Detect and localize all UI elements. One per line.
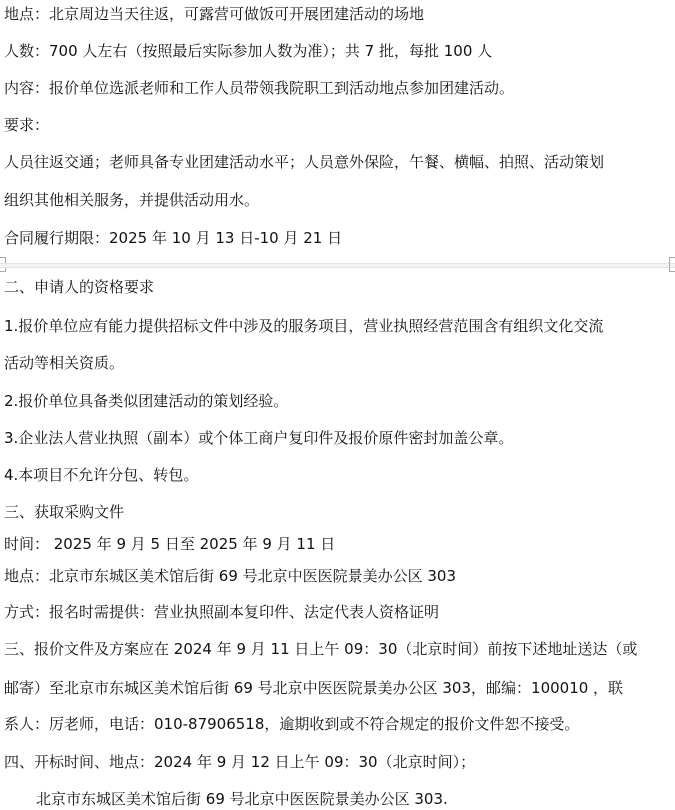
submission-line-1: 三、报价文件及方案应在 2024 年 9 月 11 日上午 09：30（北京时间… [4, 638, 637, 660]
contract-period-line: 合同履行期限：2025 年 10 月 13 日-10 月 21 日 [4, 227, 342, 249]
venue-line: 地点：北京周边当天往返，可露营可做饭可开展团建活动的场地 [4, 3, 424, 25]
procurement-time-line: 时间： 2025 年 9 月 5 日至 2025 年 9 月 11 日 [4, 533, 335, 555]
section-heading-procurement-docs: 三、获取采购文件 [4, 501, 124, 523]
document-page: 地点：北京周边当天往返，可露营可做饭可开展团建活动的场地 人数：700 人左右（… [0, 0, 675, 810]
requirements-label: 要求： [4, 114, 49, 136]
qualification-4: 4.本项目不允许分包、转包。 [4, 464, 198, 486]
submission-line-3: 系人：厉老师，电话：010-87906518，逾期收到或不符合规定的报价文件恕不… [4, 713, 579, 735]
section-heading-qualifications: 二、申请人的资格要求 [4, 276, 154, 298]
requirements-line-2: 组织其他相关服务，并提供活动用水。 [4, 189, 259, 211]
procurement-method-line: 方式：报名时需提供：营业执照副本复印件、法定代表人资格证明 [4, 601, 439, 623]
requirements-line-1: 人员往返交通；老师具备专业团建活动水平；人员意外保险，午餐、横幅、拍照、活动策划 [4, 151, 604, 173]
page-break-divider [0, 263, 675, 268]
headcount-line: 人数：700 人左右（按照最后实际参加人数为准）；共 7 批，每批 100 人 [4, 40, 492, 62]
qualification-1-line-1: 1.报价单位应有能力提供招标文件中涉及的服务项目，营业执照经营范围含有组织文化交… [4, 315, 603, 337]
bid-opening-address: 北京市东城区美术馆后街 69 号北京中医医院景美办公区 303. [36, 788, 448, 810]
qualification-2: 2.报价单位具备类似团建活动的策划经验。 [4, 390, 288, 412]
content-line: 内容：报价单位选派老师和工作人员带领我院职工到活动地点参加团建活动。 [4, 77, 514, 99]
qualification-1-line-2: 活动等相关资质。 [4, 352, 124, 374]
submission-line-2: 邮寄）至北京市东城区美术馆后街 69 号北京中医医院景美办公区 303，邮编：1… [4, 677, 623, 699]
procurement-location-line: 地点：北京市东城区美术馆后街 69 号北京中医医院景美办公区 303 [4, 565, 456, 587]
qualification-3: 3.企业法人营业执照（副本）或个体工商户复印件及报价原件密封加盖公章。 [4, 427, 513, 449]
bid-opening-line: 四、开标时间、地点：2024 年 9 月 12 日上午 09：30（北京时间）； [4, 751, 475, 773]
page-corner-mark-right [669, 257, 675, 272]
